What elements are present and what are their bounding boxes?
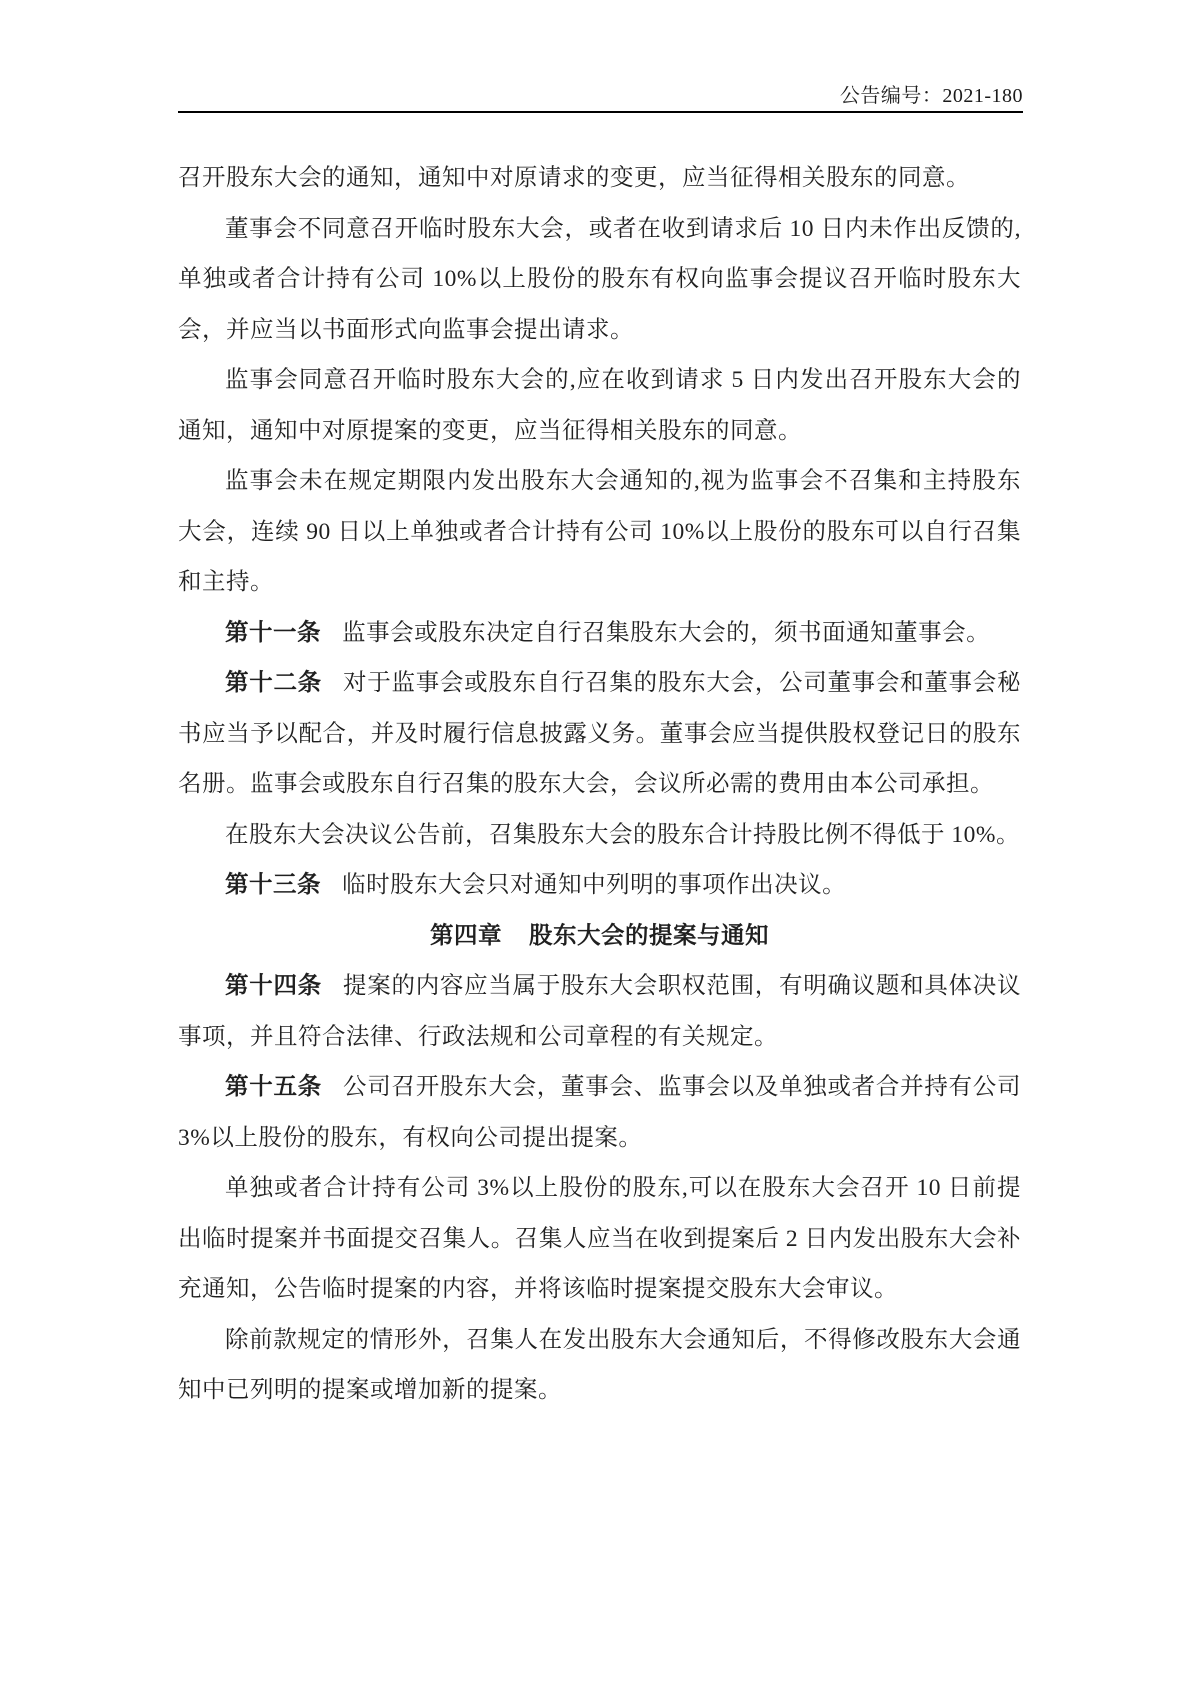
article-number: 第十四条	[225, 973, 322, 999]
paragraph-text: 单独或者合计持有公司 3%以上股份的股东,可以在股东大会召开 10 日前提出临时…	[178, 1175, 1021, 1302]
paragraph: 监事会同意召开临时股东大会的,应在收到请求 5 日内发出召开股东大会的通知，通知…	[178, 355, 1021, 456]
paragraph: 董事会不同意召开临时股东大会，或者在收到请求后 10 日内未作出反馈的,单独或者…	[178, 204, 1021, 356]
article-number: 第十五条	[225, 1074, 322, 1100]
chapter-number: 第四章	[430, 923, 502, 949]
paragraph: 单独或者合计持有公司 3%以上股份的股东,可以在股东大会召开 10 日前提出临时…	[178, 1163, 1021, 1315]
chapter-heading: 第四章股东大会的提案与通知	[178, 911, 1021, 962]
paragraph: 除前款规定的情形外，召集人在发出股东大会通知后，不得修改股东大会通知中已列明的提…	[178, 1315, 1021, 1416]
document-page: 公告编号：2021-180 召开股东大会的通知，通知中对原请求的变更，应当征得相…	[0, 0, 1199, 1696]
paragraph-text: 召开股东大会的通知，通知中对原请求的变更，应当征得相关股东的同意。	[178, 165, 970, 191]
paragraph: 在股东大会决议公告前，召集股东大会的股东合计持股比例不得低于 10%。	[178, 810, 1021, 861]
paragraph: 第十三条临时股东大会只对通知中列明的事项作出决议。	[178, 860, 1021, 911]
paragraph: 第十一条监事会或股东决定自行召集股东大会的，须书面通知董事会。	[178, 608, 1021, 659]
paragraph-text: 在股东大会决议公告前，召集股东大会的股东合计持股比例不得低于 10%。	[225, 822, 1020, 848]
paragraph-text: 监事会同意召开临时股东大会的,应在收到请求 5 日内发出召开股东大会的通知，通知…	[178, 367, 1021, 444]
paragraph-text: 监事会或股东决定自行召集股东大会的，须书面通知董事会。	[342, 620, 990, 646]
article-number: 第十一条	[225, 620, 321, 646]
paragraph: 第十四条提案的内容应当属于股东大会职权范围，有明确议题和具体决议事项，并且符合法…	[178, 961, 1021, 1062]
paragraph-text: 临时股东大会只对通知中列明的事项作出决议。	[342, 872, 846, 898]
paragraph-text: 除前款规定的情形外，召集人在发出股东大会通知后，不得修改股东大会通知中已列明的提…	[178, 1327, 1021, 1404]
document-body: 召开股东大会的通知，通知中对原请求的变更，应当征得相关股东的同意。董事会不同意召…	[178, 153, 1021, 1416]
chapter-title: 股东大会的提案与通知	[529, 923, 769, 949]
paragraph: 召开股东大会的通知，通知中对原请求的变更，应当征得相关股东的同意。	[178, 153, 1021, 204]
announcement-number: 公告编号：2021-180	[840, 85, 1023, 107]
article-number: 第十二条	[225, 670, 322, 696]
article-number: 第十三条	[225, 872, 321, 898]
paragraph: 第十五条公司召开股东大会，董事会、监事会以及单独或者合并持有公司 3%以上股份的…	[178, 1062, 1021, 1163]
paragraph-text: 监事会未在规定期限内发出股东大会通知的,视为监事会不召集和主持股东大会，连续 9…	[178, 468, 1021, 595]
paragraph: 第十二条对于监事会或股东自行召集的股东大会，公司董事会和董事会秘书应当予以配合，…	[178, 658, 1021, 810]
page-header: 公告编号：2021-180	[178, 0, 1023, 113]
paragraph: 监事会未在规定期限内发出股东大会通知的,视为监事会不召集和主持股东大会，连续 9…	[178, 456, 1021, 608]
paragraph-text: 董事会不同意召开临时股东大会，或者在收到请求后 10 日内未作出反馈的,单独或者…	[178, 216, 1021, 343]
